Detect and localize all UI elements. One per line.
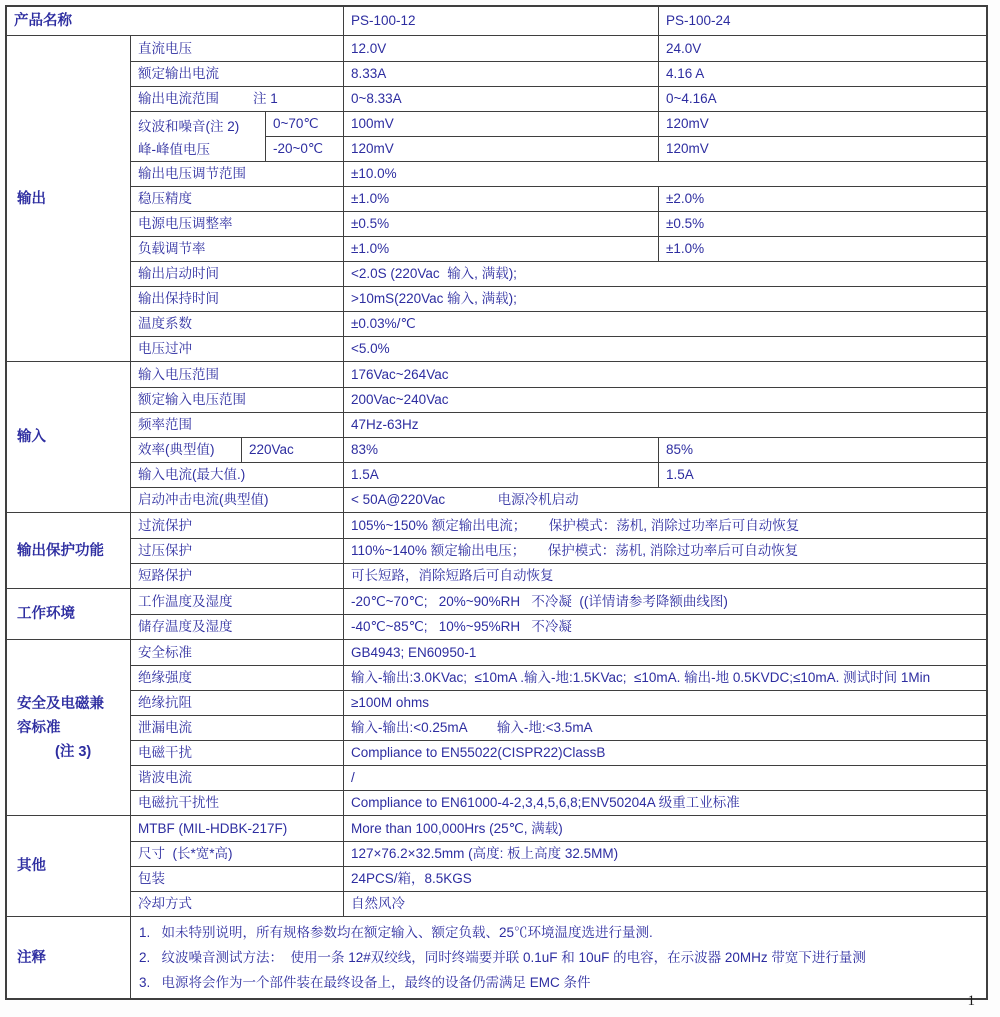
param-label: 过流保护	[138, 519, 192, 533]
sub-condition-label: 0~70℃	[266, 112, 344, 136]
value-cell-model1: ±1.0%	[344, 187, 659, 211]
value-cell-span: ±10.0%	[344, 162, 986, 186]
notes-body: 1. 如未特别说明，所有规格参数均在额定输入、额定负载、25℃环境温度选进行量测…	[131, 917, 986, 998]
merged-row: 纹波和噪音(注 2)峰-峰值电压0~70℃100mV120mV-20~0℃120…	[131, 111, 986, 161]
section-category-label: 工作环境	[7, 589, 131, 639]
value-cell-span: 110%~140% 额定输出电压； 保护模式：荡机, 消除过功率后可自动恢复	[344, 539, 986, 563]
param-cell: 冷却方式	[131, 892, 344, 916]
value-cell-span: 176Vac~264Vac	[344, 362, 986, 387]
param-label: 额定输出电流	[138, 67, 219, 81]
param-label: 频率范围	[138, 418, 192, 432]
section-rows: 直流电压12.0V24.0V额定输出电流8.33A4.16 A输出电流范围注 1…	[131, 36, 986, 361]
param-label: 谐波电流	[138, 771, 192, 785]
table-row: 电磁抗干扰性Compliance to EN61000-4-2,3,4,5,6,…	[131, 790, 986, 815]
param-cell: 直流电压	[131, 36, 344, 61]
value-cell-model1: 1.5A	[344, 463, 659, 487]
value-cell-model2: 120mV	[659, 112, 986, 136]
param-label: MTBF (MIL-HDBK-217F)	[138, 822, 287, 836]
category-line: (注 3)	[17, 740, 130, 764]
value-cell-span: 输入-输出:<0.25mA 输入-地:<3.5mA	[344, 716, 986, 740]
value-cell-span: GB4943; EN60950-1	[344, 640, 986, 665]
param-cell: 工作温度及湿度	[131, 589, 344, 614]
param-merged-label: 纹波和噪音(注 2)峰-峰值电压	[131, 112, 266, 161]
table-row: 泄漏电流输入-输出:<0.25mA 输入-地:<3.5mA	[131, 715, 986, 740]
value-cell-model1: ±0.5%	[344, 212, 659, 236]
param-label: 冷却方式	[138, 897, 192, 911]
param-label: 峰-峰值电压	[138, 138, 265, 158]
value-cell-span: Compliance to EN61000-4-2,3,4,5,6,8;ENV5…	[344, 791, 986, 815]
value-cell-model2: ±1.0%	[659, 237, 986, 261]
section-category-label: 输出保护功能	[7, 513, 131, 588]
value-cell-model2: 0~4.16A	[659, 87, 986, 111]
spec-section: 其他MTBF (MIL-HDBK-217F)More than 100,000H…	[7, 815, 986, 916]
spec-table: 产品名称 PS-100-12 PS-100-24 输出直流电压12.0V24.0…	[5, 5, 988, 1000]
param-label: 包装	[138, 872, 165, 886]
table-row: 温度系数±0.03%/℃	[131, 311, 986, 336]
value-cell-model2: 120mV	[659, 137, 986, 161]
header-model-2: PS-100-24	[659, 7, 986, 35]
param-label: 过压保护	[138, 544, 192, 558]
category-line: 输出保护功能	[17, 539, 130, 563]
table-row: 短路保护可长短路，消除短路后可自动恢复	[131, 563, 986, 588]
param-label: 电源电压调整率	[138, 217, 233, 231]
value-cell-model1: 8.33A	[344, 62, 659, 86]
table-row: 额定输入电压范围200Vac~240Vac	[131, 387, 986, 412]
header-model-1: PS-100-12	[344, 7, 659, 35]
table-row: 输出电压调节范围±10.0%	[131, 161, 986, 186]
spec-section: 安全及电磁兼容标准(注 3)安全标准GB4943; EN60950-1绝缘强度输…	[7, 639, 986, 815]
table-row: 稳压精度±1.0%±2.0%	[131, 186, 986, 211]
value-cell-model2: 24.0V	[659, 36, 986, 61]
table-row: 过流保护105%~150% 额定输出电流； 保护模式：荡机, 消除过功率后可自动…	[131, 513, 986, 538]
param-cell: 包装	[131, 867, 344, 891]
notes-section: 注释1. 如未特别说明，所有规格参数均在额定输入、额定负载、25℃环境温度选进行…	[7, 916, 986, 998]
value-cell-model2: 4.16 A	[659, 62, 986, 86]
table-row: 负载调节率±1.0%±1.0%	[131, 236, 986, 261]
table-row: -20~0℃120mV120mV	[266, 136, 986, 161]
spec-section: 输出保护功能过流保护105%~150% 额定输出电流； 保护模式：荡机, 消除过…	[7, 512, 986, 588]
param-label: 稳压精度	[138, 192, 192, 206]
param-cell: 绝缘抗阻	[131, 691, 344, 715]
table-row: 电压过冲<5.0%	[131, 336, 986, 361]
category-line: 其他	[17, 854, 130, 878]
table-row: 电源电压调整率±0.5%±0.5%	[131, 211, 986, 236]
param-cell: 电压过冲	[131, 337, 344, 361]
param-label: 纹波和噪音(注 2)	[138, 115, 265, 135]
param-cell: 启动冲击电流(典型值)	[131, 488, 344, 512]
category-line: 工作环境	[17, 602, 130, 626]
table-row: 绝缘抗阻≥100M ohms	[131, 690, 986, 715]
param-cell: 短路保护	[131, 564, 344, 588]
category-line: 容标准	[17, 716, 130, 740]
value-cell-span: 105%~150% 额定输出电流； 保护模式：荡机, 消除过功率后可自动恢复	[344, 513, 986, 538]
notes-line: 2. 纹波噪音测试方法： 使用一条 12#双绞线，同时终端要并联 0.1uF 和…	[139, 945, 978, 970]
table-body: 输出直流电压12.0V24.0V额定输出电流8.33A4.16 A输出电流范围注…	[7, 35, 986, 998]
value-cell-span: Compliance to EN55022(CISPR22)ClassB	[344, 741, 986, 765]
value-cell-model1: 0~8.33A	[344, 87, 659, 111]
value-cell-span: 自然风冷	[344, 892, 986, 916]
param-cell: 谐波电流	[131, 766, 344, 790]
notes-line: 3. 电源将会作为一个部件装在最终设备上，最终的设备仍需满足 EMC 条件	[139, 970, 978, 995]
param-label: 安全标准	[138, 646, 192, 660]
param-note: 注 1	[253, 92, 278, 106]
value-cell-model1: 100mV	[344, 112, 659, 136]
table-row: 启动冲击电流(典型值)< 50A@220Vac 电源冷机启动	[131, 487, 986, 512]
value-cell-span: 200Vac~240Vac	[344, 388, 986, 412]
param-label: 效率(典型值)	[138, 443, 215, 457]
param-label: 启动冲击电流(典型值)	[138, 493, 269, 507]
category-line: 输出	[17, 187, 130, 211]
value-cell-span: <2.0S (220Vac 输入, 满载);	[344, 262, 986, 286]
param-label: 输出保持时间	[138, 292, 219, 306]
value-cell-span: < 50A@220Vac 电源冷机启动	[344, 488, 986, 512]
table-row: 0~70℃100mV120mV	[266, 112, 986, 136]
table-row: 绝缘强度输入-输出:3.0KVac; ≤10mA .输入-地:1.5KVac; …	[131, 665, 986, 690]
section-rows: 过流保护105%~150% 额定输出电流； 保护模式：荡机, 消除过功率后可自动…	[131, 513, 986, 588]
param-cell: 电源电压调整率	[131, 212, 344, 236]
param-cell: 额定输入电压范围	[131, 388, 344, 412]
param-label: 温度系数	[138, 317, 192, 331]
table-row: 过压保护110%~140% 额定输出电压； 保护模式：荡机, 消除过功率后可自动…	[131, 538, 986, 563]
value-cell-span: >10mS(220Vac 输入, 满载);	[344, 287, 986, 311]
spec-section: 输入输入电压范围176Vac~264Vac额定输入电压范围200Vac~240V…	[7, 361, 986, 512]
table-row: 电磁干扰Compliance to EN55022(CISPR22)ClassB	[131, 740, 986, 765]
param-label: 额定输入电压范围	[138, 393, 246, 407]
value-cell-span: More than 100,000Hrs (25℃, 满载)	[344, 816, 986, 841]
param-cell: 频率范围	[131, 413, 344, 437]
value-cell-model1: 83%	[344, 438, 659, 462]
param-label: 电磁干扰	[138, 746, 192, 760]
value-cell-model2: 85%	[659, 438, 986, 462]
section-rows: 输入电压范围176Vac~264Vac额定输入电压范围200Vac~240Vac…	[131, 362, 986, 512]
value-cell-span: /	[344, 766, 986, 790]
param-cell: 稳压精度	[131, 187, 344, 211]
param-cell: 绝缘强度	[131, 666, 344, 690]
param-label: 电磁抗干扰性	[138, 796, 219, 810]
value-cell-model1: 12.0V	[344, 36, 659, 61]
table-row: MTBF (MIL-HDBK-217F)More than 100,000Hrs…	[131, 816, 986, 841]
param-label: 电压过冲	[138, 342, 192, 356]
param-cell: 输出保持时间	[131, 287, 344, 311]
table-row: 谐波电流/	[131, 765, 986, 790]
notes-line: 1. 如未特别说明，所有规格参数均在额定输入、额定负载、25℃环境温度选进行量测…	[139, 920, 978, 945]
param-label: 直流电压	[138, 42, 192, 56]
table-row: 工作温度及湿度-20℃~70℃; 20%~90%RH 不冷凝 ((详情请参考降额…	[131, 589, 986, 614]
table-row: 直流电压12.0V24.0V	[131, 36, 986, 61]
table-row: 尺寸 (长*宽*高)127×76.2×32.5mm (高度: 板上高度 32.5…	[131, 841, 986, 866]
value-cell-model2: 1.5A	[659, 463, 986, 487]
category-line: 输入	[17, 425, 130, 449]
param-cell: 温度系数	[131, 312, 344, 336]
value-cell-span: 47Hz-63Hz	[344, 413, 986, 437]
param-cell: 安全标准	[131, 640, 344, 665]
param-cell: 额定输出电流	[131, 62, 344, 86]
value-cell-span: -40℃~85℃; 10%~95%RH 不冷凝	[344, 615, 986, 639]
param-cell: 电磁抗干扰性	[131, 791, 344, 815]
value-cell-model1: ±1.0%	[344, 237, 659, 261]
param-cell: 输出启动时间	[131, 262, 344, 286]
value-cell-model2: ±0.5%	[659, 212, 986, 236]
section-rows: MTBF (MIL-HDBK-217F)More than 100,000Hrs…	[131, 816, 986, 916]
category-line: 安全及电磁兼	[17, 692, 130, 716]
value-cell-model2: ±2.0%	[659, 187, 986, 211]
param-label: 绝缘强度	[138, 671, 192, 685]
category-line: 注释	[17, 946, 130, 970]
section-category-label: 输入	[7, 362, 131, 512]
value-cell-span: 127×76.2×32.5mm (高度: 板上高度 32.5MM)	[344, 842, 986, 866]
param-cell: 尺寸 (长*宽*高)	[131, 842, 344, 866]
page-number: 1	[0, 993, 975, 1010]
value-cell-span: ±0.03%/℃	[344, 312, 986, 336]
value-cell-span: -20℃~70℃; 20%~90%RH 不冷凝 ((详情请参考降额曲线图)	[344, 589, 986, 614]
table-row: 输出保持时间>10mS(220Vac 输入, 满载);	[131, 286, 986, 311]
header-row: 产品名称 PS-100-12 PS-100-24	[7, 7, 986, 35]
section-category-label: 其他	[7, 816, 131, 916]
spec-section: 工作环境工作温度及湿度-20℃~70℃; 20%~90%RH 不冷凝 ((详情请…	[7, 588, 986, 639]
value-cell-span: 输入-输出:3.0KVac; ≤10mA .输入-地:1.5KVac; ≤10m…	[344, 666, 986, 690]
table-row: 安全标准GB4943; EN60950-1	[131, 640, 986, 665]
param-cell: 电磁干扰	[131, 741, 344, 765]
table-row: 频率范围47Hz-63Hz	[131, 412, 986, 437]
merged-subrows: 0~70℃100mV120mV-20~0℃120mV120mV	[266, 112, 986, 161]
value-cell-span: ≥100M ohms	[344, 691, 986, 715]
param-label: 输出电压调节范围	[138, 167, 246, 181]
section-rows: 工作温度及湿度-20℃~70℃; 20%~90%RH 不冷凝 ((详情请参考降额…	[131, 589, 986, 639]
table-row: 输入电压范围176Vac~264Vac	[131, 362, 986, 387]
section-category-label: 注释	[7, 917, 131, 998]
param-label: 短路保护	[138, 569, 192, 583]
value-cell-span: <5.0%	[344, 337, 986, 361]
param-label: 尺寸 (长*宽*高)	[138, 847, 233, 861]
section-category-label: 安全及电磁兼容标准(注 3)	[7, 640, 131, 815]
value-cell-model1: 120mV	[344, 137, 659, 161]
param-label: 负载调节率	[138, 242, 206, 256]
table-row: 冷却方式自然风冷	[131, 891, 986, 916]
sub-condition-label: -20~0℃	[266, 137, 344, 161]
value-cell-span: 24PCS/箱，8.5KGS	[344, 867, 986, 891]
sub-condition-label: 220Vac	[242, 438, 344, 462]
param-cell: 储存温度及湿度	[131, 615, 344, 639]
table-row: 效率(典型值)220Vac83%85%	[131, 437, 986, 462]
param-cell: 输出电流范围注 1	[131, 87, 344, 111]
param-label: 工作温度及湿度	[138, 595, 233, 609]
param-label: 绝缘抗阻	[138, 696, 192, 710]
spec-section: 输出直流电压12.0V24.0V额定输出电流8.33A4.16 A输出电流范围注…	[7, 35, 986, 361]
param-cell: 过流保护	[131, 513, 344, 538]
table-row: 输出电流范围注 10~8.33A0~4.16A	[131, 86, 986, 111]
param-cell: 过压保护	[131, 539, 344, 563]
table-row: 包装24PCS/箱，8.5KGS	[131, 866, 986, 891]
table-row: 额定输出电流8.33A4.16 A	[131, 61, 986, 86]
param-label: 输入电压范围	[138, 368, 219, 382]
param-label: 输出启动时间	[138, 267, 219, 281]
param-label: 储存温度及湿度	[138, 620, 233, 634]
param-cell: 负载调节率	[131, 237, 344, 261]
param-cell: 泄漏电流	[131, 716, 344, 740]
param-label: 泄漏电流	[138, 721, 192, 735]
table-row: 储存温度及湿度-40℃~85℃; 10%~95%RH 不冷凝	[131, 614, 986, 639]
header-product-label: 产品名称	[7, 7, 344, 35]
param-cell: 效率(典型值)	[131, 438, 242, 462]
param-cell: 输入电流(最大值.)	[131, 463, 344, 487]
param-cell: MTBF (MIL-HDBK-217F)	[131, 816, 344, 841]
table-row: 输出启动时间<2.0S (220Vac 输入, 满载);	[131, 261, 986, 286]
section-category-label: 输出	[7, 36, 131, 361]
value-cell-span: 可长短路，消除短路后可自动恢复	[344, 564, 986, 588]
param-cell: 输出电压调节范围	[131, 162, 344, 186]
section-rows: 安全标准GB4943; EN60950-1绝缘强度输入-输出:3.0KVac; …	[131, 640, 986, 815]
param-label: 输出电流范围	[138, 92, 219, 106]
param-cell: 输入电压范围	[131, 362, 344, 387]
param-label: 输入电流(最大值.)	[138, 468, 245, 482]
table-row: 输入电流(最大值.)1.5A1.5A	[131, 462, 986, 487]
